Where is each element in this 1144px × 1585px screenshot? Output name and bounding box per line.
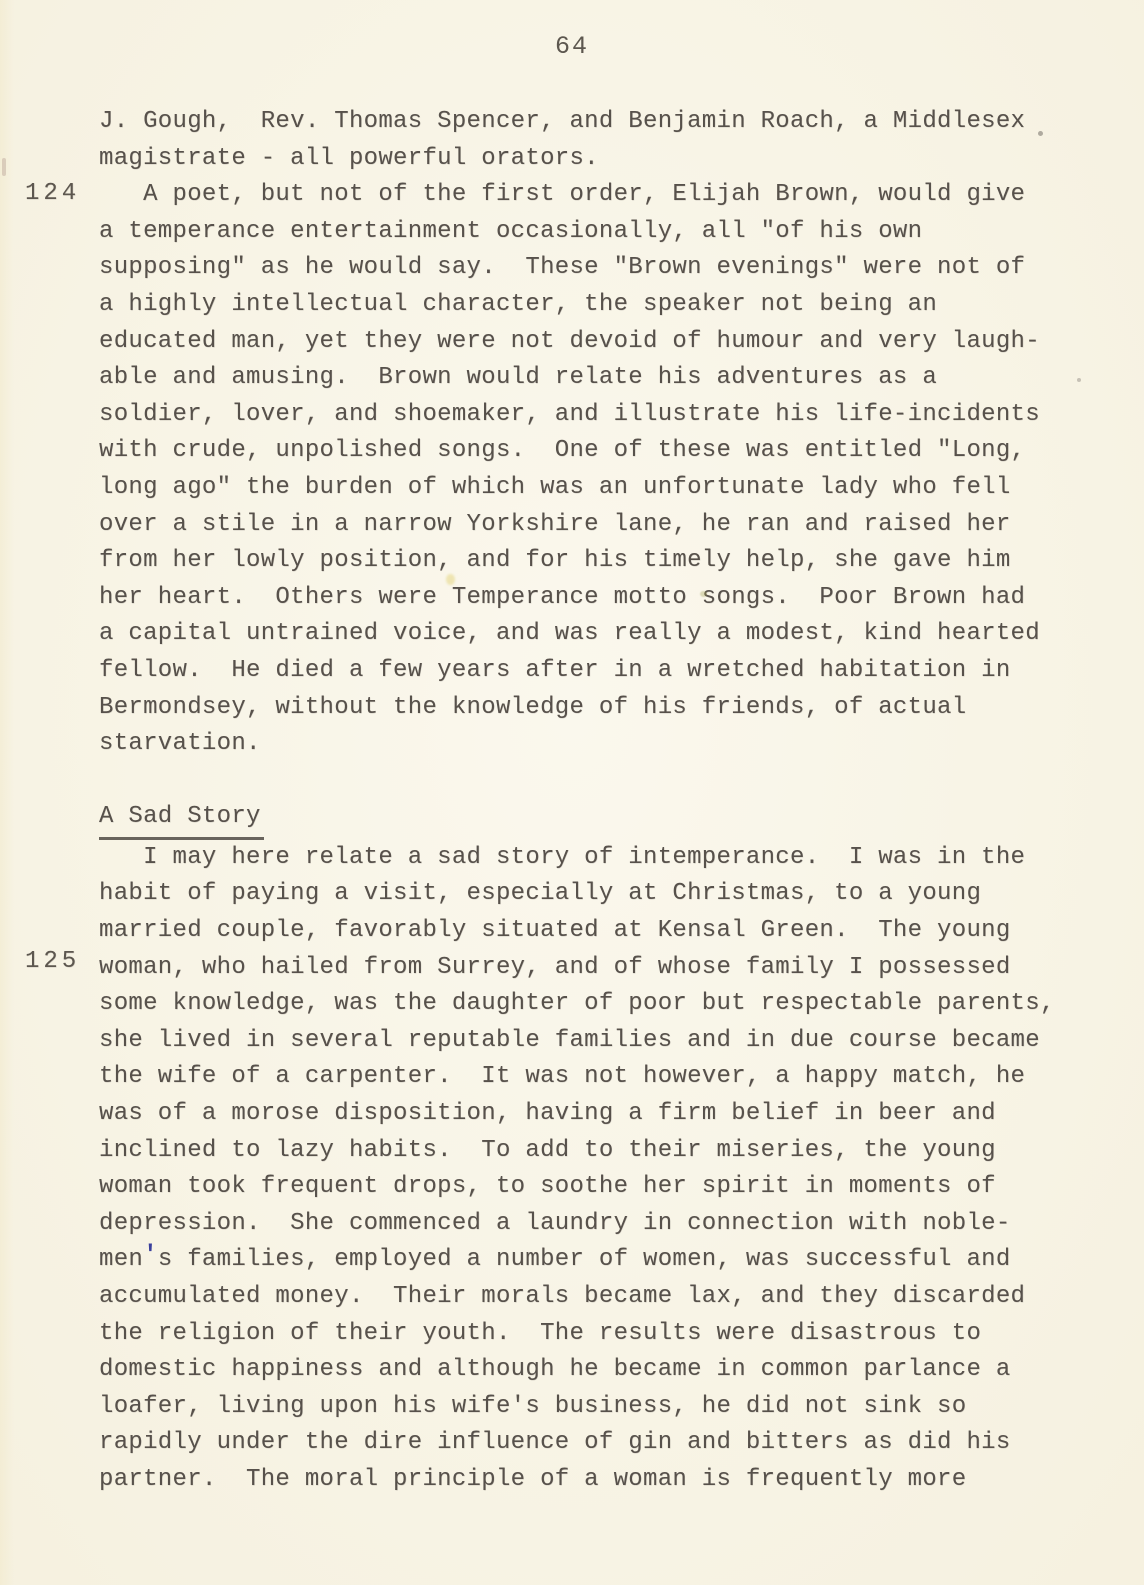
text-line: loafer, living upon his wife's business,… — [99, 1389, 1079, 1426]
text-line: with crude, unpolished songs. One of the… — [99, 433, 1079, 470]
text-line: habit of paying a visit, especially at C… — [99, 876, 1079, 913]
text-line: depression. She commenced a laundry in c… — [99, 1206, 1079, 1243]
margin-paragraph-number-125: 125 — [25, 944, 80, 981]
scan-artifact — [2, 158, 6, 176]
text-line: she lived in several reputable families … — [99, 1023, 1079, 1060]
text-line: the religion of their youth. The results… — [99, 1316, 1079, 1353]
text-line: accumulated money. Their morals became l… — [99, 1279, 1079, 1316]
body-text: J. Gough, Rev. Thomas Spencer, and Benja… — [99, 104, 1079, 1499]
text-line: educated man, yet they were not devoid o… — [99, 324, 1079, 361]
text-line — [99, 763, 1079, 800]
text-line: J. Gough, Rev. Thomas Spencer, and Benja… — [99, 104, 1079, 141]
text-line: supposing" as he would say. These "Brown… — [99, 250, 1079, 287]
text-line: rapidly under the dire influence of gin … — [99, 1425, 1079, 1462]
text-line: able and amusing. Brown would relate his… — [99, 360, 1079, 397]
text-line: long ago" the burden of which was an unf… — [99, 470, 1079, 507]
text-line: from her lowly position, and for his tim… — [99, 543, 1079, 580]
text-line: I may here relate a sad story of intempe… — [99, 840, 1079, 877]
text-line: partner. The moral principle of a woman … — [99, 1462, 1079, 1499]
margin-paragraph-number-124: 124 — [25, 176, 80, 213]
text-line: Bermondsey, without the knowledge of his… — [99, 690, 1079, 727]
text-line: a highly intellectual character, the spe… — [99, 287, 1079, 324]
text-line: fellow. He died a few years after in a w… — [99, 653, 1079, 690]
manuscript-page: { "page": { "number": "64", "margin_mark… — [0, 0, 1144, 1585]
handwritten-apostrophe: ' — [143, 1242, 158, 1269]
text-line: a temperance entertainment occasionally,… — [99, 214, 1079, 251]
text-line: A poet, but not of the first order, Elij… — [99, 177, 1079, 214]
text-line: was of a morose disposition, having a fi… — [99, 1096, 1079, 1133]
text-line: inclined to lazy habits. To add to their… — [99, 1133, 1079, 1170]
text-line: the wife of a carpenter. It was not howe… — [99, 1059, 1079, 1096]
text-line: some knowledge, was the daughter of poor… — [99, 986, 1079, 1023]
text-line: magistrate - all powerful orators. — [99, 141, 1079, 178]
text-line: over a stile in a narrow Yorkshire lane,… — [99, 507, 1079, 544]
text-line: men's families, employed a number of wom… — [99, 1242, 1079, 1279]
text-line: woman took frequent drops, to soothe her… — [99, 1169, 1079, 1206]
text-line: woman, who hailed from Surrey, and of wh… — [99, 950, 1079, 987]
text-line: a capital untrained voice, and was reall… — [99, 616, 1079, 653]
text-line: married couple, favorably situated at Ke… — [99, 913, 1079, 950]
text-line: starvation. — [99, 726, 1079, 763]
text-line: soldier, lover, and shoemaker, and illus… — [99, 397, 1079, 434]
section-heading: A Sad Story — [99, 799, 1079, 840]
page-number: 64 — [555, 32, 589, 62]
text-line: her heart. Others were Temperance motto … — [99, 580, 1079, 617]
text-line: domestic happiness and although he becam… — [99, 1352, 1079, 1389]
